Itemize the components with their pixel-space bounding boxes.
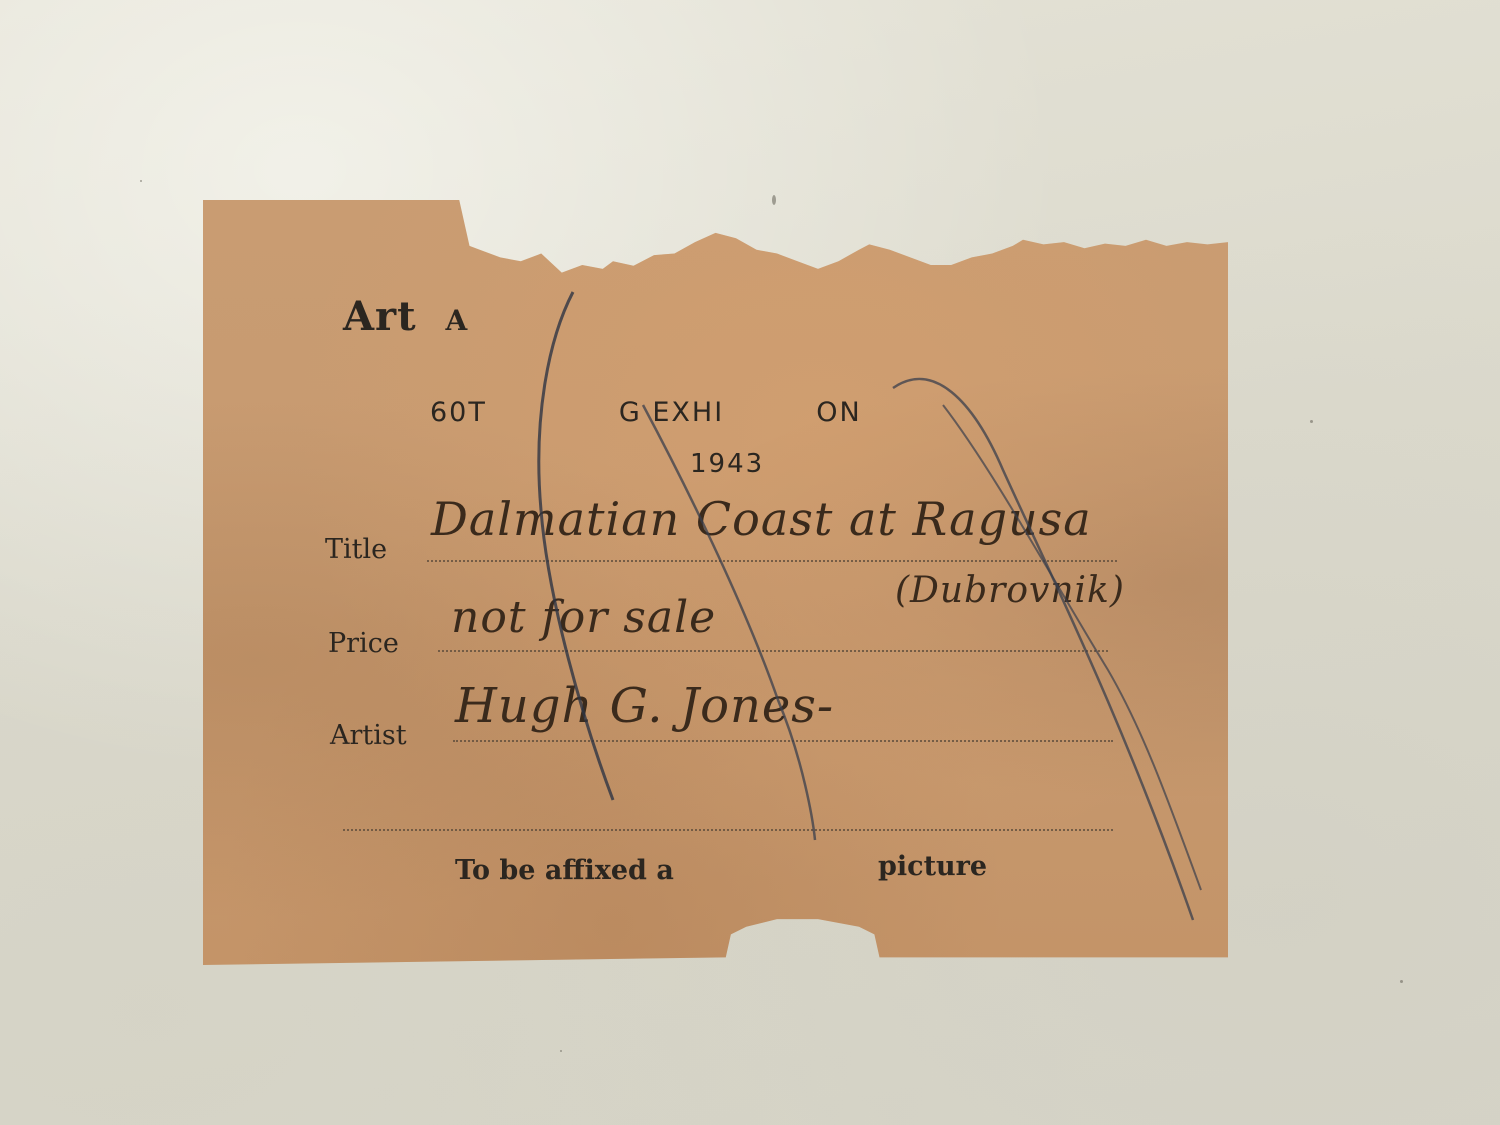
artist-label: Artist	[330, 720, 407, 751]
artist-dotted-line	[453, 740, 1113, 742]
speck	[772, 195, 776, 205]
exhibition-right: G EXHI	[619, 397, 724, 428]
exhibition-left: 60T	[430, 397, 487, 428]
exhibition-title: 60TG EXHION	[430, 397, 862, 428]
price-dotted-line	[438, 650, 1108, 652]
title-handwritten-value: Dalmatian Coast at Ragusa	[431, 492, 1092, 546]
title-dotted-line	[427, 560, 1117, 562]
label-heading: Art A	[343, 293, 468, 340]
speck	[140, 180, 142, 182]
speck	[560, 1050, 562, 1052]
footer-right-text: picture	[878, 851, 987, 882]
blank-dotted-line	[343, 829, 1113, 831]
price-handwritten-value: not for sale	[451, 592, 716, 643]
heading-text: Art	[343, 293, 417, 340]
title-label: Title	[325, 534, 387, 565]
footer-left-text: To be affixed a	[455, 855, 674, 886]
exhibition-year: 1943	[690, 449, 764, 479]
heading-fragment: A	[446, 304, 469, 337]
price-label: Price	[328, 628, 399, 659]
speck	[1400, 980, 1403, 983]
exhibition-label: Art A 60TG EXHION 1943 Title Dalmatian C…	[203, 200, 1228, 965]
title-handwritten-value-line2: (Dubrovnik)	[895, 570, 1125, 611]
exhibition-end: ON	[816, 397, 861, 428]
speck	[1310, 420, 1313, 423]
artist-handwritten-value: Hugh G. Jones-	[455, 678, 834, 734]
